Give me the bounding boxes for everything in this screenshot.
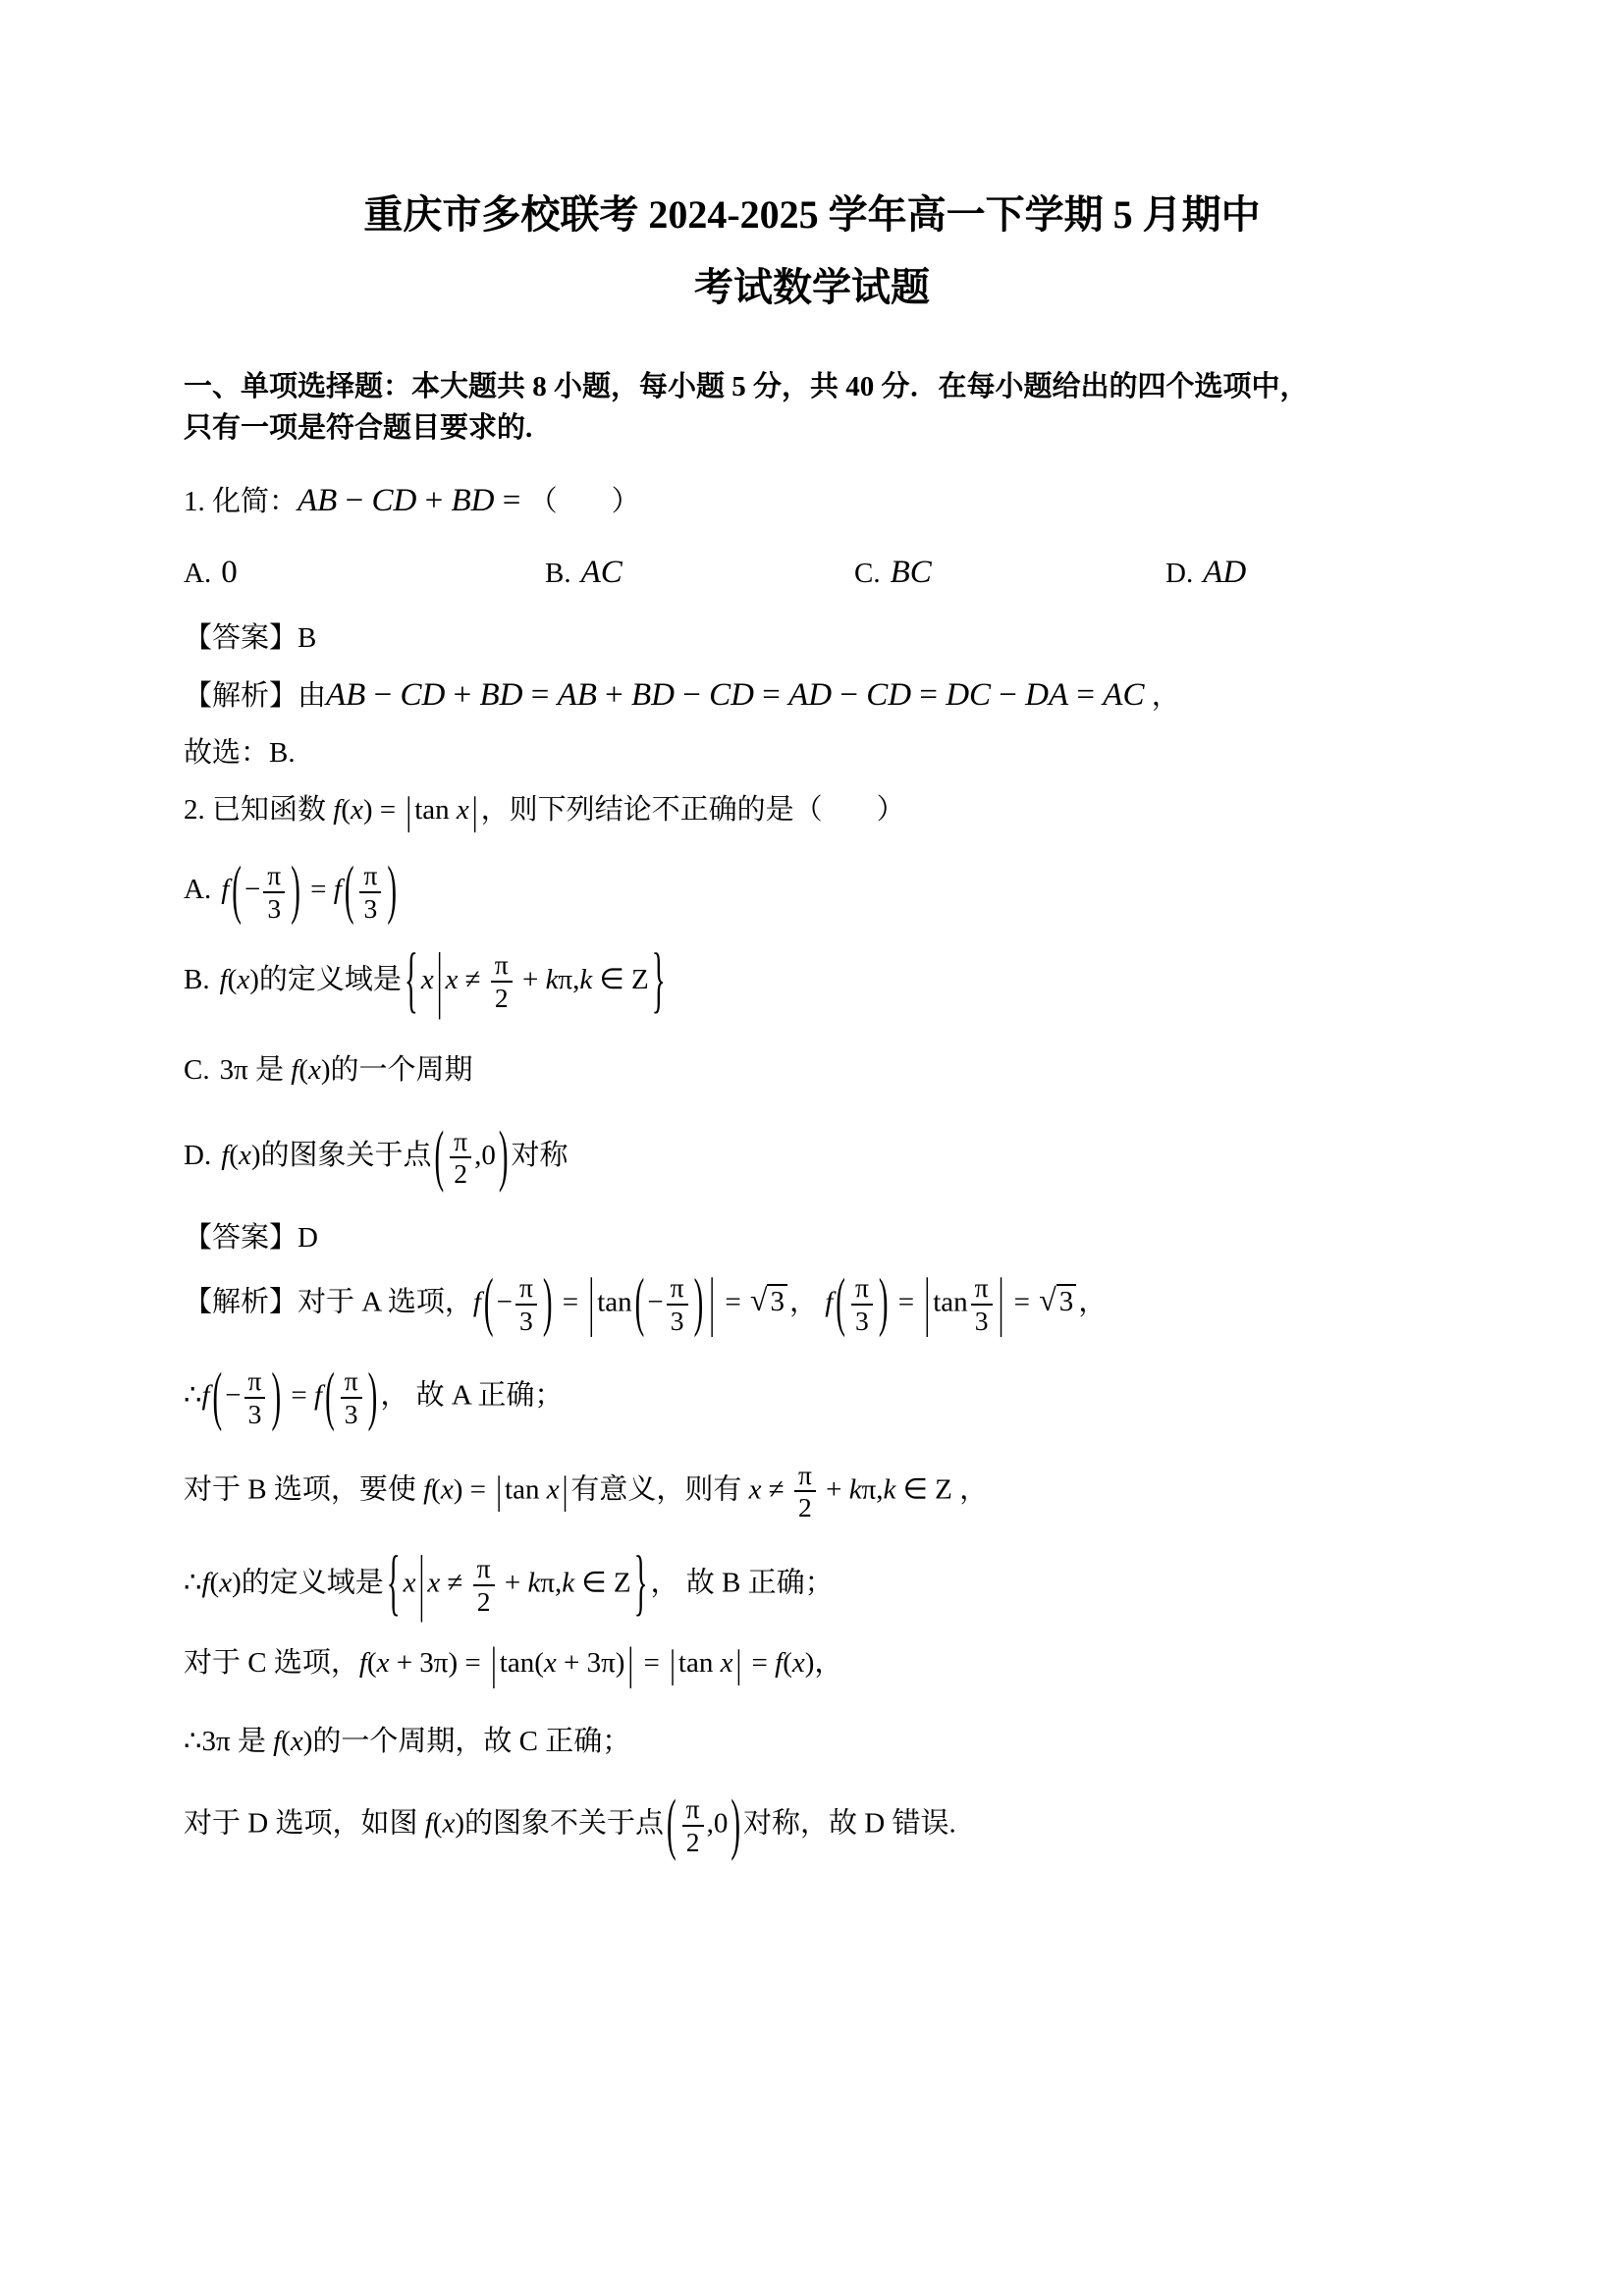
stretchy-delimiter: | <box>709 1271 715 1337</box>
question-2-analysis-line-4: ∴f(x)的定义域是{x|x ≠ π2 + kπ,k ∈ Z}， 故 B 正确； <box>184 1553 1440 1617</box>
question-2-option-d: D.f(x)的图象关于点(π2,0)对称 <box>184 1126 1440 1190</box>
question-2-analysis-line-5: 对于 C 选项，f(x + 3π) = |tan(x + 3π)| = |tan… <box>184 1642 1440 1683</box>
stretchy-delimiter: ) <box>271 1365 281 1431</box>
stretchy-delimiter: | <box>588 1271 594 1337</box>
stretchy-delimiter: | <box>496 1471 502 1512</box>
fraction: π2 <box>450 1126 471 1190</box>
question-1-stem: 1. 化简：AB − CD + BD = （） <box>184 480 1440 522</box>
stretchy-delimiter: | <box>670 1645 676 1685</box>
stretchy-delimiter: | <box>563 1471 568 1512</box>
question-2-option-c: C.3π 是 f(x)的一个周期 <box>184 1049 1440 1091</box>
fraction: π3 <box>851 1272 873 1336</box>
fraction: π2 <box>491 949 513 1013</box>
stretchy-delimiter: ) <box>879 1271 889 1337</box>
option-d-label: D. <box>1165 558 1193 589</box>
option-b-value: f(x)的定义域是{x|x ≠ π2 + kπ,k ∈ Z} <box>220 964 669 995</box>
option-c-label: C. <box>184 1054 210 1086</box>
question-1-option-d: D.AD <box>1165 552 1246 594</box>
option-a-value: 0 <box>221 558 238 589</box>
stretchy-delimiter: ) <box>291 859 300 925</box>
fraction: π2 <box>473 1553 495 1617</box>
exam-title-line-1: 重庆市多校联考 2024-2025 学年高一下学期 5 月期中 <box>184 191 1440 239</box>
answer-label: 【答案】 <box>184 622 298 654</box>
stretchy-delimiter: ) <box>368 1365 378 1431</box>
question-1-analysis: 【解析】由AB − CD + BD = AB + BD − CD = AD − … <box>184 674 1440 717</box>
stretchy-delimiter: ) <box>387 859 397 925</box>
option-c-value: BC <box>891 558 932 589</box>
stretchy-delimiter: | <box>999 1271 1004 1337</box>
stretchy-delimiter: { <box>387 1548 401 1622</box>
stretchy-delimiter: | <box>419 1548 425 1622</box>
exam-title-line-2: 考试数学试题 <box>184 264 1440 311</box>
question-2-analysis-line-2: ∴f(−π3) = f(π3)， 故 A 正确； <box>184 1365 1440 1429</box>
stretchy-delimiter: | <box>437 944 443 1018</box>
stretchy-delimiter: ( <box>345 859 354 925</box>
stretchy-delimiter: ) <box>731 1791 740 1860</box>
stretchy-delimiter: { <box>405 944 418 1018</box>
section-1-header-line-1: 一、单项选择题：本大题共 8 小题，每小题 5 分，共 40 分．在每小题给出的… <box>184 366 1440 407</box>
question-1-option-c: C.BC <box>854 552 1165 594</box>
stretchy-delimiter: ( <box>836 1271 845 1337</box>
stretchy-delimiter: | <box>735 1645 741 1685</box>
option-d-value: AD <box>1203 558 1246 589</box>
answer-value: D <box>298 1222 318 1254</box>
fraction: π3 <box>359 860 381 924</box>
option-b-label: B. <box>545 558 571 589</box>
stretchy-delimiter: ( <box>635 1271 645 1337</box>
stretchy-delimiter: | <box>627 1643 633 1688</box>
stretchy-delimiter: ( <box>213 1365 223 1431</box>
question-2-option-a: A.f(−π3) = f(π3) <box>184 860 1440 924</box>
stretchy-delimiter: ( <box>484 1271 494 1337</box>
answer-value: B <box>298 622 316 654</box>
stretchy-delimiter: | <box>406 792 411 832</box>
question-1-option-a: A.0 <box>184 552 545 594</box>
option-d-value: f(x)的图象关于点(π2,0)对称 <box>221 1140 568 1171</box>
section-1-header-line-2: 只有一项是符合题目要求的. <box>184 407 1440 449</box>
option-a-label: A. <box>184 874 211 905</box>
option-c-value: 3π 是 f(x)的一个周期 <box>220 1054 473 1086</box>
stretchy-delimiter: ) <box>694 1271 704 1337</box>
stretchy-delimiter: ( <box>435 1124 445 1193</box>
question-2-analysis-line-6: ∴3π 是 f(x)的一个周期，故 C 正确； <box>184 1721 1440 1762</box>
option-a-value: f(−π3) = f(π3) <box>221 874 400 905</box>
option-b-value: AC <box>581 558 623 589</box>
stretchy-delimiter: | <box>472 792 478 832</box>
stretchy-delimiter: ) <box>499 1124 509 1193</box>
stretchy-delimiter: | <box>924 1271 930 1337</box>
square-root: √3 <box>750 1284 787 1318</box>
question-1-option-b: B.AC <box>545 552 854 594</box>
fraction: π2 <box>682 1793 704 1857</box>
fraction: π3 <box>971 1272 993 1336</box>
question-1-answer: 【答案】B <box>184 617 1440 659</box>
stretchy-delimiter: | <box>491 1643 497 1688</box>
option-d-label: D. <box>184 1140 211 1171</box>
question-2-stem: 2. 已知函数 f(x) = |tan x|，则下列结论不正确的是（） <box>184 789 1440 830</box>
stretchy-delimiter: ( <box>667 1791 677 1860</box>
question-2-analysis-line-1: 【解析】对于 A 选项，f(−π3) = |tan(−π3)| = √3， f(… <box>184 1272 1440 1336</box>
fraction: π3 <box>341 1365 362 1429</box>
fraction: π3 <box>244 1365 266 1429</box>
stretchy-delimiter: ( <box>325 1365 335 1431</box>
answer-label: 【答案】 <box>184 1222 298 1254</box>
option-a-label: A. <box>184 558 211 589</box>
question-1-conclusion: 故选：B. <box>184 732 1440 774</box>
question-2-analysis-line-7: 对于 D 选项，如图 f(x)的图象不关于点(π2,0)对称，故 D 错误. <box>184 1793 1440 1857</box>
exam-document-page: 重庆市多校联考 2024-2025 学年高一下学期 5 月期中 考试数学试题 一… <box>0 0 1624 2296</box>
question-2-answer: 【答案】D <box>184 1217 1440 1258</box>
question-1-options: A.0B.ACC.BCD.AD <box>184 552 1440 594</box>
fraction: π3 <box>667 1272 688 1336</box>
stretchy-delimiter: } <box>652 944 666 1018</box>
option-b-label: B. <box>184 964 210 995</box>
fraction: π2 <box>794 1460 816 1523</box>
stretchy-delimiter: ) <box>543 1271 553 1337</box>
question-2-analysis-line-3: 对于 B 选项，要使 f(x) = |tan x|有意义，则有 x ≠ π2 +… <box>184 1460 1440 1523</box>
option-c-label: C. <box>854 558 881 589</box>
stretchy-delimiter: ( <box>232 859 242 925</box>
stretchy-delimiter: } <box>634 1548 648 1622</box>
square-root: √3 <box>1039 1284 1076 1318</box>
fraction: π3 <box>263 860 285 924</box>
fraction: π3 <box>515 1272 537 1336</box>
question-2-option-b: B.f(x)的定义域是{x|x ≠ π2 + kπ,k ∈ Z} <box>184 949 1440 1013</box>
